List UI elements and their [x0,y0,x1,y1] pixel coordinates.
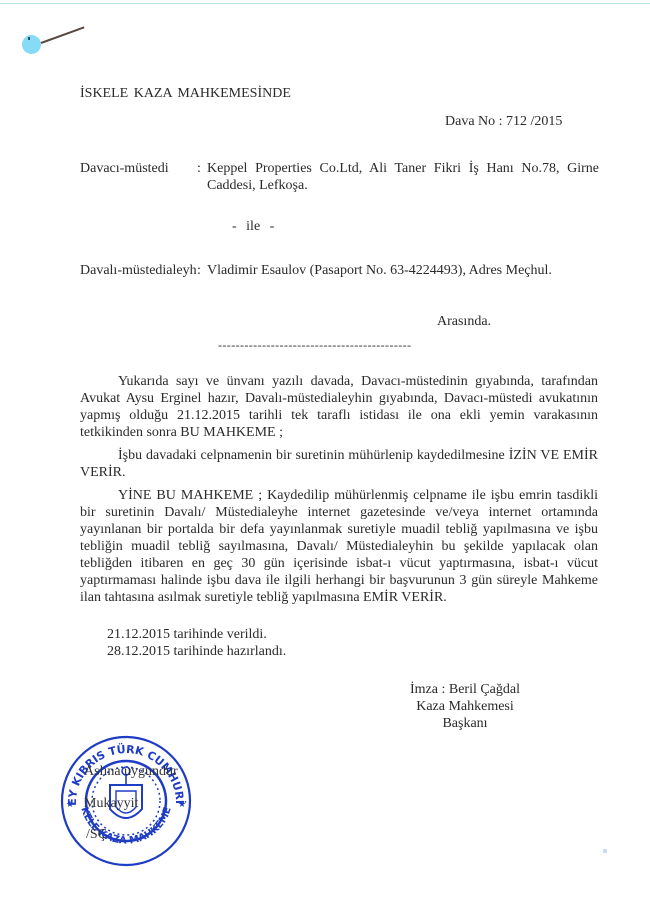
paragraph-3: YİNE BU MAHKEME ; Kaydedilip mühürlenmiş… [80,487,598,606]
signature-name: İmza : Beril Çağdal [395,681,535,698]
svg-text:★: ★ [66,800,74,810]
paragraph-text: Yukarıda sayı ve ünvanı yazılı davada, D… [80,373,598,441]
between-label: Arasında. [437,313,491,330]
defendant-separator: : [197,262,201,279]
court-name: İSKELE KAZA MAHKEMESİNDE [80,85,291,102]
defendant-label: Davalı-müstedialeyh [80,262,197,279]
divider-line: ----------------------------------------… [218,337,411,354]
registrar-text: Mukayyit [84,795,138,812]
plaintiff-separator: : [197,160,201,177]
certified-copy-text: Aslına uygundur [84,763,178,780]
signature-block: İmza : Beril Çağdal Kaza Mahkemesi Başka… [395,681,535,732]
date-issued: 21.12.2015 tarihinde verildi. [107,626,267,643]
conjunction: - ile - [232,218,274,235]
case-number: Dava No : 712 /2015 [445,113,562,130]
paragraph-1: Yukarıda sayı ve ünvanı yazılı davada, D… [80,373,598,441]
svg-text:★: ★ [178,800,186,810]
court-seal-stamp: KUZEY KIBRIS TÜRK CUMHURİYETİ İSKELE KAZ… [58,733,194,869]
plaintiff-value: Keppel Properties Co.Ltd, Ali Taner Fikr… [207,160,599,194]
initials-text: /SÇ [86,826,107,843]
scan-edge-line [0,3,650,4]
plaintiff-label: Davacı-müstedi [80,160,169,177]
signature-title: Kaza Mahkemesi Başkanı [395,698,535,732]
paragraph-text: İşbu davadaki celpnamenin bir suretinin … [80,447,598,481]
pen-mark [41,26,85,44]
hole-punch-mark [22,35,41,54]
paragraph-text: YİNE BU MAHKEME ; Kaydedilip mühürlenmiş… [80,487,598,606]
date-prepared: 28.12.2015 tarihinde hazırlandı. [107,643,286,660]
scan-speck [603,849,607,853]
defendant-value: Vladimir Esaulov (Pasaport No. 63-422449… [207,262,552,279]
paragraph-2: İşbu davadaki celpnamenin bir suretinin … [80,447,598,481]
